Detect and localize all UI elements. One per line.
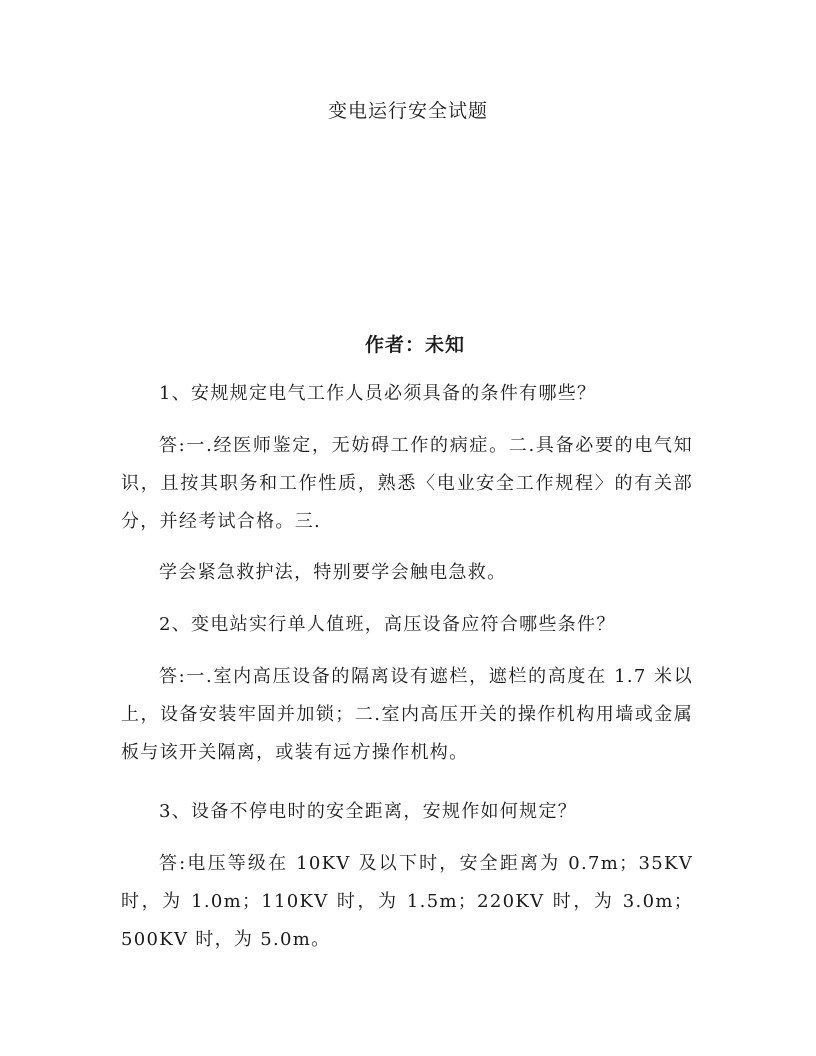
document-page: 变电运行安全试题 作者：未知 1、安规规定电气工作人员必须具备的条件有哪些？ 答…	[0, 0, 816, 1056]
question-3: 3、设备不停电时的安全距离，安规作如何规定？	[121, 793, 693, 831]
document-author: 作者：未知	[0, 330, 816, 357]
answer-1-continued: 学会紧急救护法，特别要学会触电急救。	[121, 554, 693, 592]
answer-2: 答:一.室内高压设备的隔离设有遮栏，遮栏的高度在 1.7 米以上，设备安装牢固并…	[121, 658, 693, 772]
question-1: 1、安规规定电气工作人员必须具备的条件有哪些？	[121, 375, 693, 413]
answer-1: 答:一.经医师鉴定，无妨碍工作的病症。二.具备必要的电气知识，且按其职务和工作性…	[121, 427, 693, 541]
document-title: 变电运行安全试题	[0, 96, 816, 123]
question-2: 2、变电站实行单人值班，高压设备应符合哪些条件？	[121, 606, 693, 644]
answer-3: 答:电压等级在 10KV 及以下时，安全距离为 0.7m；35KV 时，为 1.…	[121, 845, 693, 959]
